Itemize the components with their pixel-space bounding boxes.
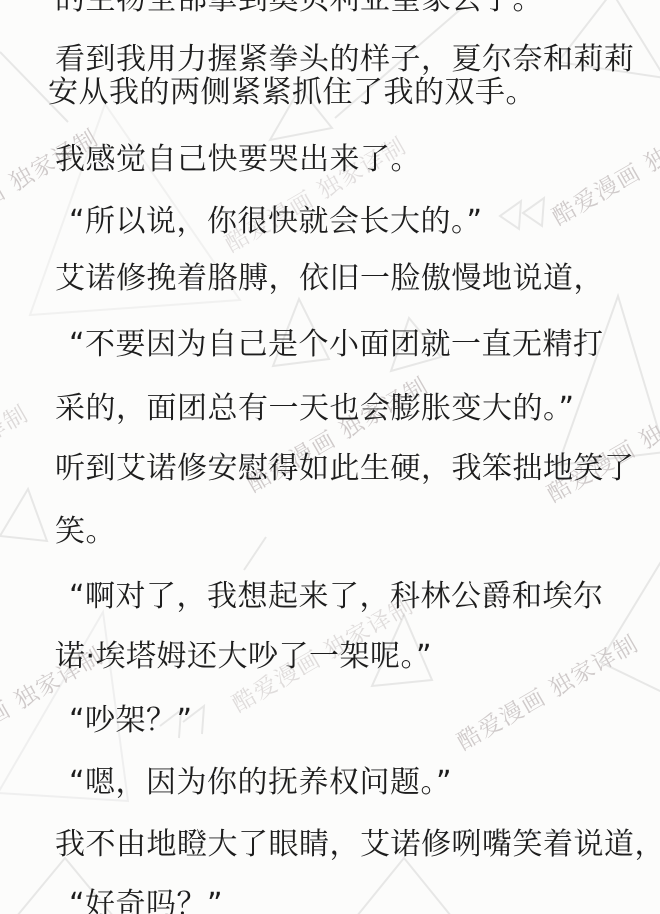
paragraph-line: “好奇吗？” (69, 888, 223, 914)
triangle-watermark-icon (0, 489, 47, 541)
paragraph-line: 看到我用力握紧拳头的样子，夏尔奈和莉莉 (55, 43, 635, 77)
paragraph-line: “吵架？” (69, 704, 193, 738)
paragraph-line: “所以说，你很快就会长大的。” (69, 205, 483, 239)
paragraph-line: 采的，面团总有一天也会膨胀变大的。” (55, 392, 575, 426)
paragraph-line: “不要因为自己是个小面团就一直无精打 (69, 328, 604, 362)
paragraph-line: 的生物全部拿到奥贝利亚皇家去了。 (55, 0, 543, 17)
triangle-watermark-icon (523, 198, 544, 226)
paragraph-line: 我不由地瞪大了眼睛，艾诺修咧嘴笑着说道， (55, 828, 660, 862)
paragraph-line: “嗯，因为你的抚养权问题。” (69, 766, 452, 800)
triangle-watermark-icon (500, 201, 521, 229)
paragraph-line: 笑。 (55, 515, 116, 549)
triangle-watermark-icon (357, 858, 451, 914)
paragraph-line: 我感觉自己快要哭出来了。 (55, 143, 421, 177)
paragraph-line: 安从我的两侧紧紧抓住了我的双手。 (48, 76, 536, 110)
paragraph-line: 听到艾诺修安慰得如此生硬，我笨拙地笑了 (55, 452, 635, 486)
reader-text-area: 酷爱漫画 独家译制 酷爱漫画 独家译制 酷爱漫画 独家译制 酷爱漫画 独家译制 … (0, 0, 660, 914)
novel-reader-page: { "page": { "background": "#fcfcfb", "te… (0, 0, 660, 914)
paragraph-line: 诺·埃塔姆还大吵了一架呢。” (55, 640, 432, 674)
paragraph-line: “啊对了，我想起来了，科林公爵和埃尔 (69, 580, 604, 614)
paragraph-line: 艾诺修挽着胳膊，依旧一脸傲慢地说道， (55, 262, 604, 296)
line-watermark-icon (244, 537, 266, 570)
